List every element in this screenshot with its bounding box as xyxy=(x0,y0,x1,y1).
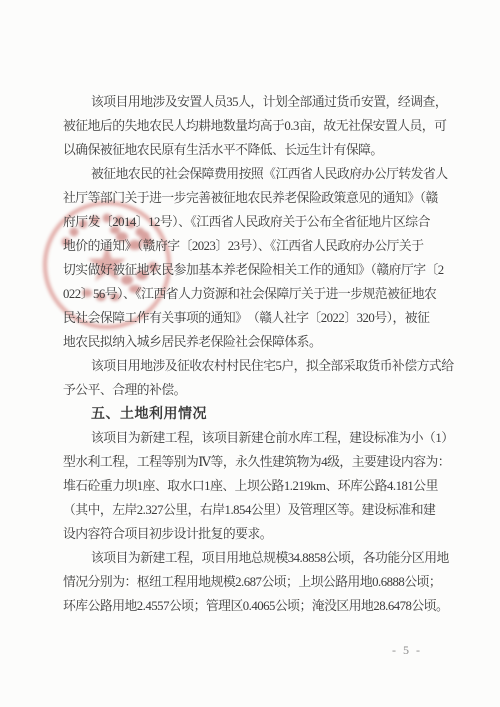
text-line: 地价的通知》（赣府字〔2023〕23号）、《江西省人民政府办公厅关于 xyxy=(63,234,460,258)
text-line: （其中，左岸2.327公里，右岸1.854公里）及管理区等。建设标准和建 xyxy=(63,498,460,522)
text-line: 被征地后的失地农民人均耕地数量均高于0.3亩，故无社保安置人员，可 xyxy=(63,114,460,138)
text-line: 府厅发〔2014〕12号）、《江西省人民政府关于公布全省征地片区综合 xyxy=(63,210,460,234)
document-body: 该项目用地涉及安置人员35人，计划全部通过货币安置，经调查，被征地后的失地农民人… xyxy=(63,90,460,618)
text-line: 该项目为新建工程，项目用地总规模34.8858公顷，各功能分区用地 xyxy=(63,546,460,570)
text-line: 022〕56号）、《江西省人力资源和社会保障厅关于进一步规范被征地农 xyxy=(63,282,460,306)
text-line: 切实做好被征地农民参加基本养老保险相关工作的通知》（赣府厅字〔2 xyxy=(63,258,460,282)
text-line: 型水利工程，工程等别为Ⅳ等，永久性建筑物为4级，主要建设内容为： xyxy=(63,450,460,474)
text-line: 被征地农民的社会保障费用按照《江西省人民政府办公厅转发省人 xyxy=(63,162,460,186)
text-line: 情况分别为：枢纽工程用地规模2.687公顷；上坝公路用地0.6888公顷； xyxy=(63,570,460,594)
text-line: 以确保被征地农民原有生活水平不降低、长远生计有保障。 xyxy=(63,138,460,162)
page-number: - 5 - xyxy=(392,643,422,658)
scanned-document-page: 该项目用地涉及安置人员35人，计划全部通过货币安置，经调查，被征地后的失地农民人… xyxy=(0,0,500,707)
section-heading: 五、土地利用情况 xyxy=(63,402,460,426)
text-line: 堆石砼重力坝1座、取水口1座、上坝公路1.219km、环库公路4.181公里 xyxy=(63,474,460,498)
text-line: 设内容符合项目初步设计批复的要求。 xyxy=(63,522,460,546)
text-line: 该项目为新建工程，该项目新建仓前水库工程，建设标准为小（1） xyxy=(63,426,460,450)
text-line: 该项目用地涉及征收农村村民住宅5户，拟全部采取货币补偿方式给 xyxy=(63,354,460,378)
text-line: 地农民拟纳入城乡居民养老保险社会保障体系。 xyxy=(63,330,460,354)
text-line: 民社会保障工作有关事项的通知》 （赣人社字〔2022〕320号），被征 xyxy=(63,306,460,330)
text-line: 社厅等部门关于进一步完善被征地农民养老保险政策意见的通知》（赣 xyxy=(63,186,460,210)
text-line: 环库公路用地2.4557公顷；管理区0.4065公顷；淹没区用地28.6478公… xyxy=(63,594,460,618)
text-line: 该项目用地涉及安置人员35人，计划全部通过货币安置，经调查， xyxy=(63,90,460,114)
text-line: 予公平、合理的补偿。 xyxy=(63,378,460,402)
